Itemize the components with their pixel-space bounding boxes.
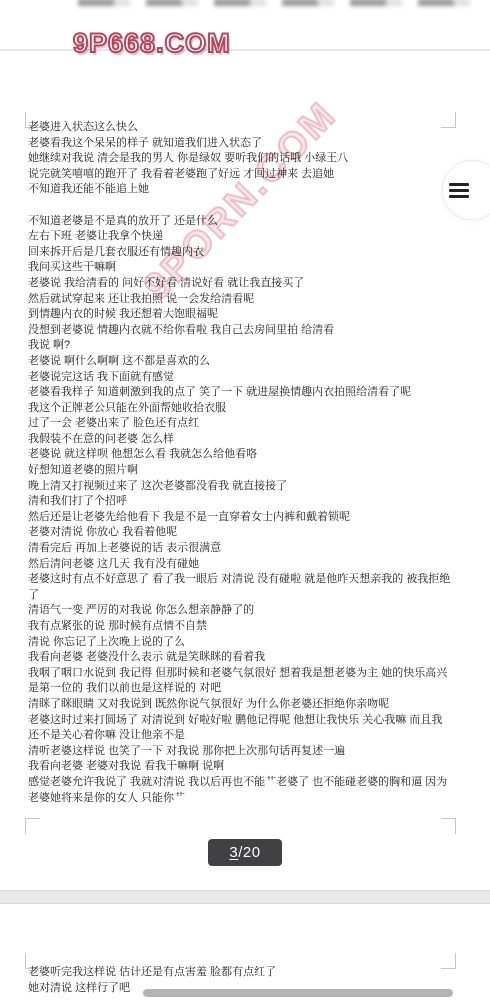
text-line xyxy=(28,198,473,214)
text-line: 到情趣内衣的时候 我还想着大饱眼福呢 xyxy=(28,307,473,323)
page3-text: 老婆进入状态这么快么老婆看我这个呆呆的样子 就知道我们进入状态了她继续对我说 清… xyxy=(28,120,473,806)
text-line: 我有点紧张的说 那时候有点情不自禁 xyxy=(28,619,473,635)
text-line: 过了一会 老婆出来了 脸色还有点红 xyxy=(28,416,473,432)
text-line: 我咽了咽口水说到 我记得 但那时候和老婆气氛很好 想着我是想老婆为主 她的快乐高… xyxy=(28,666,473,682)
text-line: 还不是关心着你嘛 没让他亲不是 xyxy=(28,728,473,744)
text-line: 左右下班 老婆让我拿个快递 xyxy=(28,229,473,245)
text-line: 老婆说完这话 我下面就有感觉 xyxy=(28,370,473,386)
text-line: 说完就笑嘻嘻的跑开了 我看着老婆跑了好远 才回过神来 去追她 xyxy=(28,167,473,183)
text-line: 清说 你忘记了上次晚上说的了么 xyxy=(28,635,473,651)
text-line: 清和我们打了个招呼 xyxy=(28,494,473,510)
text-line: 她继续对我说 清会是我的男人 你是绿奴 要听我们的话哦 小绿王八 xyxy=(28,151,473,167)
text-line: 我问买这些干嘛啊 xyxy=(28,260,473,276)
text-line: 晚上清又打视频过来了 这次老婆都没看我 就直接接了 xyxy=(28,479,473,495)
text-line: 老婆看我这个呆呆的样子 就知道我们进入状态了 xyxy=(28,136,473,152)
page-indicator-badge[interactable]: 3 / 20 xyxy=(208,839,282,866)
page3-corner-bottom-right xyxy=(441,818,456,834)
text-line: 我假装不在意的问老婆 怎么样 xyxy=(28,432,473,448)
text-line: 感觉老婆允许我说了 我就对清说 我以后再也不能艹老婆了 也不能碰老婆的胸和逼 因… xyxy=(28,775,473,791)
text-line: 老婆说 我给清看的 问好不好看 清说好看 就让我直接买了 xyxy=(28,276,473,292)
horizontal-scrollbar-thumb[interactable] xyxy=(143,989,453,997)
text-line: 不知道老婆是不是真的放开了 还是什么 xyxy=(28,214,473,230)
text-line: 清听老婆这样说 也笑了一下 对我说 那你把上次那句话再复述一遍 xyxy=(28,744,473,760)
total-pages: 20 xyxy=(243,844,261,861)
current-page-number: 3 xyxy=(229,844,238,861)
text-line: 我看向老婆 老婆没什么表示 就是笑眯眯的看着我 xyxy=(28,650,473,666)
text-line: 老婆说 啊什么啊啊 这不都是喜欢的么 xyxy=(28,354,473,370)
text-line: 我这个正牌老公只能在外面帮她收拾衣服 xyxy=(28,401,473,417)
text-line: 然后清问老婆 这几天 我有没有碰她 xyxy=(28,557,473,573)
top-blur-strip xyxy=(78,0,482,6)
text-line: 老婆她将来是你的女人 只能你艹 xyxy=(28,791,473,807)
text-line: 老婆对清说 你放心 我看着他呢 xyxy=(28,525,473,541)
page-gap xyxy=(0,890,490,904)
text-line: 清语气一变 严厉的对我说 你怎么想亲静静了的 xyxy=(28,603,473,619)
text-line: 我看向老婆 老婆对我说 看我干嘛啊 说啊 xyxy=(28,759,473,775)
text-line: 不知道我还能不能追上她 xyxy=(28,182,473,198)
text-line: 老婆这时有点不好意思了 看了我一眼后 对清说 没有碰啦 就是他昨天想亲我的 被我… xyxy=(28,572,473,588)
text-line: 老婆看我样子 知道刺激到我的点了 笑了一下 就进屋换情趣内衣拍照给清看了呢 xyxy=(28,385,473,401)
page3-corner-bottom-left xyxy=(25,818,40,834)
text-line: 回来拆开后是几套衣服还有情趣内衣 xyxy=(28,245,473,261)
text-line: 没想到老婆说 情趣内衣就不给你看啦 我自己去房间里拍 给清看 xyxy=(28,323,473,339)
site-logo: 9P668.COM xyxy=(73,28,231,59)
text-line: 是第一位的 我们以前也是这样说的 对吧 xyxy=(28,681,473,697)
hamburger-icon xyxy=(449,183,469,198)
text-line: 清看完后 再加上老婆说的话 表示很满意 xyxy=(28,541,473,557)
text-line: 了 xyxy=(28,588,473,604)
text-line: 清眯了眯眼睛 又对我说到 既然你说气氛很好 为什么你老婆还拒绝你亲吻呢 xyxy=(28,697,473,713)
reader-page: { "site": { "logo_text": "9P668.COM", "b… xyxy=(0,0,490,1000)
text-line: 老婆听完我这样说 估计还是有点害羞 脸都有点红了 xyxy=(28,965,473,981)
text-line: 然后就试穿起来 还让我拍照 说一会发给清看呢 xyxy=(28,292,473,308)
text-line: 老婆这时过来打圆场了 对清说到 好啦好啦 鹏他记得呢 他想让我快乐 关心我嘛 而… xyxy=(28,713,473,729)
text-line: 老婆进入状态这么快么 xyxy=(28,120,473,136)
text-line: 好想知道老婆的照片啊 xyxy=(28,463,473,479)
text-line: 我说 啊? xyxy=(28,338,473,354)
text-line: 老婆说 就这样呗 他想怎么看 我就怎么给他看咯 xyxy=(28,447,473,463)
text-line: 然后还是让老婆先给他看下 我是不是一直穿着女士内裤和戴着锁呢 xyxy=(28,510,473,526)
